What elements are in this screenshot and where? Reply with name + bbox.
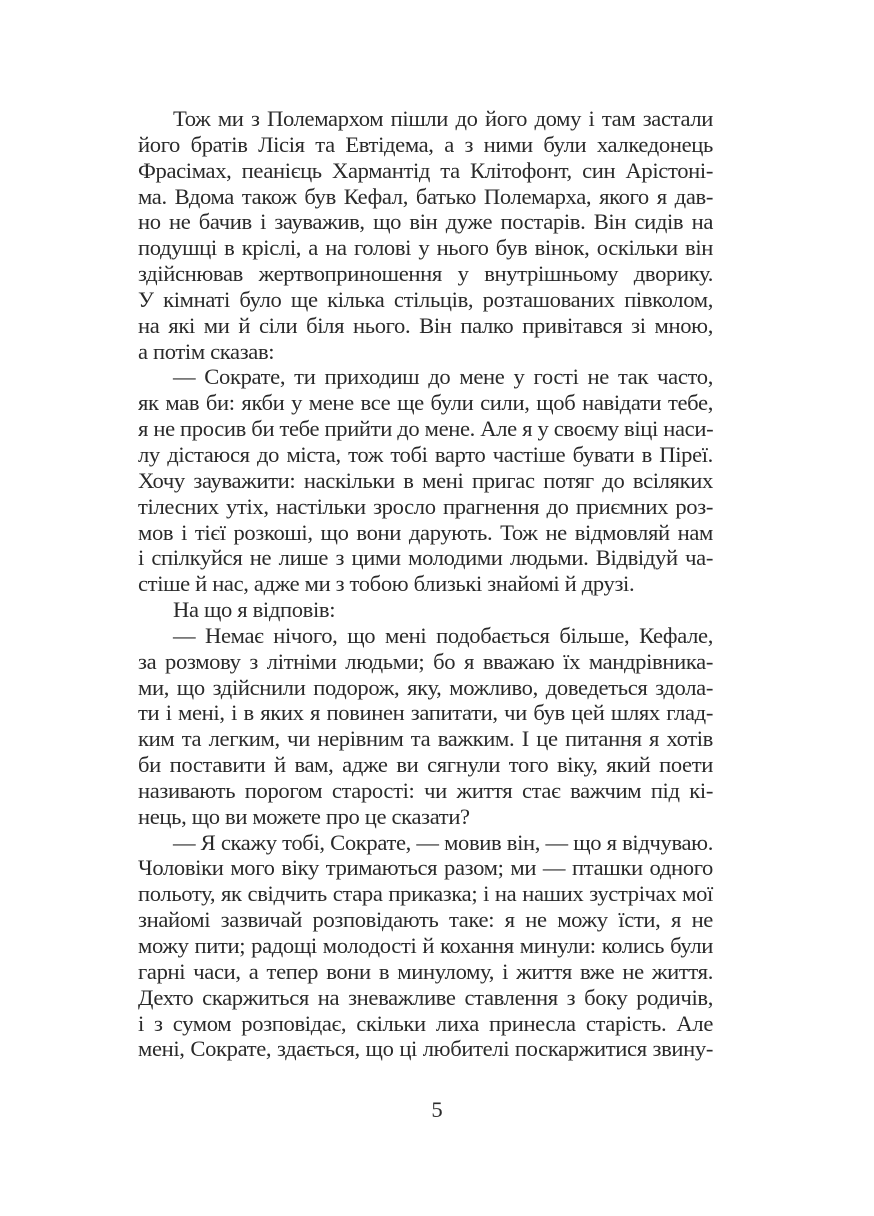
text-line: У кімнаті було ще кілька стільців, розта… <box>138 287 713 313</box>
text-line: і з сумом розповідає, скільки лиха прине… <box>138 1011 713 1037</box>
text-line: гарні часи, а тепер вони в минулому, і ж… <box>138 959 713 985</box>
page-number: 5 <box>0 1097 874 1123</box>
text-line: на які ми й сіли біля нього. Він палко п… <box>138 313 713 339</box>
text-line: — Сократе, ти приходиш до мене у гості н… <box>138 364 713 390</box>
text-line: ми, що здійснили подорож, яку, можливо, … <box>138 675 713 701</box>
text-line: мені, Сократе, здається, що ці любителі … <box>138 1036 713 1062</box>
text-line: подушці в кріслі, а на голові у нього бу… <box>138 235 713 261</box>
text-line: знайомі зазвичай розповідають таке: я не… <box>138 907 713 933</box>
text-line: — Я скажу тобі, Сократе, — мовив він, — … <box>138 830 713 856</box>
text-line: ти і мені, і в яких я повинен запитати, … <box>138 700 713 726</box>
text-line: Чоловіки мого віку тримаються разом; ми … <box>138 855 713 881</box>
text-line: Дехто скаржиться на зневажливе ставлення… <box>138 985 713 1011</box>
text-line: — Немає нічого, що мені подобається біль… <box>138 623 713 649</box>
text-line: Тож ми з Полемархом пішли до його дому і… <box>138 106 713 132</box>
text-line: польоту, як свідчить стара приказка; і н… <box>138 881 713 907</box>
text-line: лу дістаюся до міста, тож тобі варто час… <box>138 442 713 468</box>
text-line: а потім сказав: <box>138 339 713 365</box>
page-body: Тож ми з Полемархом пішли до його дому і… <box>138 106 713 1062</box>
text-line: но не бачив і зауважив, що він дуже пост… <box>138 209 713 235</box>
text-line: за розмову з літніми людьми; бо я вважаю… <box>138 649 713 675</box>
paragraph-4: — Немає нічого, що мені подобається біль… <box>138 623 713 830</box>
text-line: мов і тієї розкоші, що вони дарують. Тож… <box>138 520 713 546</box>
text-line: я не просив би тебе прийти до мене. Але … <box>138 416 713 442</box>
paragraph-1: Тож ми з Полемархом пішли до його дому і… <box>138 106 713 364</box>
text-line: як мав би: якби у мене все ще були сили,… <box>138 390 713 416</box>
paragraph-3: На що я відповів: <box>138 597 713 623</box>
paragraph-2: — Сократе, ти приходиш до мене у гості н… <box>138 364 713 597</box>
text-line: Хочу зауважити: наскільки в мені пригас … <box>138 468 713 494</box>
text-line: здійснював жертвоприношення у внутрішньо… <box>138 261 713 287</box>
text-line: ким та легким, чи нерівним та важким. І … <box>138 726 713 752</box>
text-line: тілесних утіх, настільки зросло прагненн… <box>138 494 713 520</box>
text-line: називають порогом старості: чи життя ста… <box>138 778 713 804</box>
text-line: і спілкуйся не лише з цими молодими людь… <box>138 545 713 571</box>
paragraph-5: — Я скажу тобі, Сократе, — мовив він, — … <box>138 830 713 1063</box>
text-line: Фрасімах, пеанієць Хармантід та Клітофон… <box>138 158 713 184</box>
text-line: На що я відповів: <box>138 597 713 623</box>
text-line: би поставити й вам, адже ви сягнули того… <box>138 752 713 778</box>
text-line: нець, що ви можете про це сказати? <box>138 804 713 830</box>
text-line: його братів Лісія та Евтідема, а з ними … <box>138 132 713 158</box>
text-line: можу пити; радощі молодості й кохання ми… <box>138 933 713 959</box>
text-line: стіше й нас, адже ми з тобою близькі зна… <box>138 571 713 597</box>
text-line: ма. Вдома також був Кефал, батько Полема… <box>138 184 713 210</box>
